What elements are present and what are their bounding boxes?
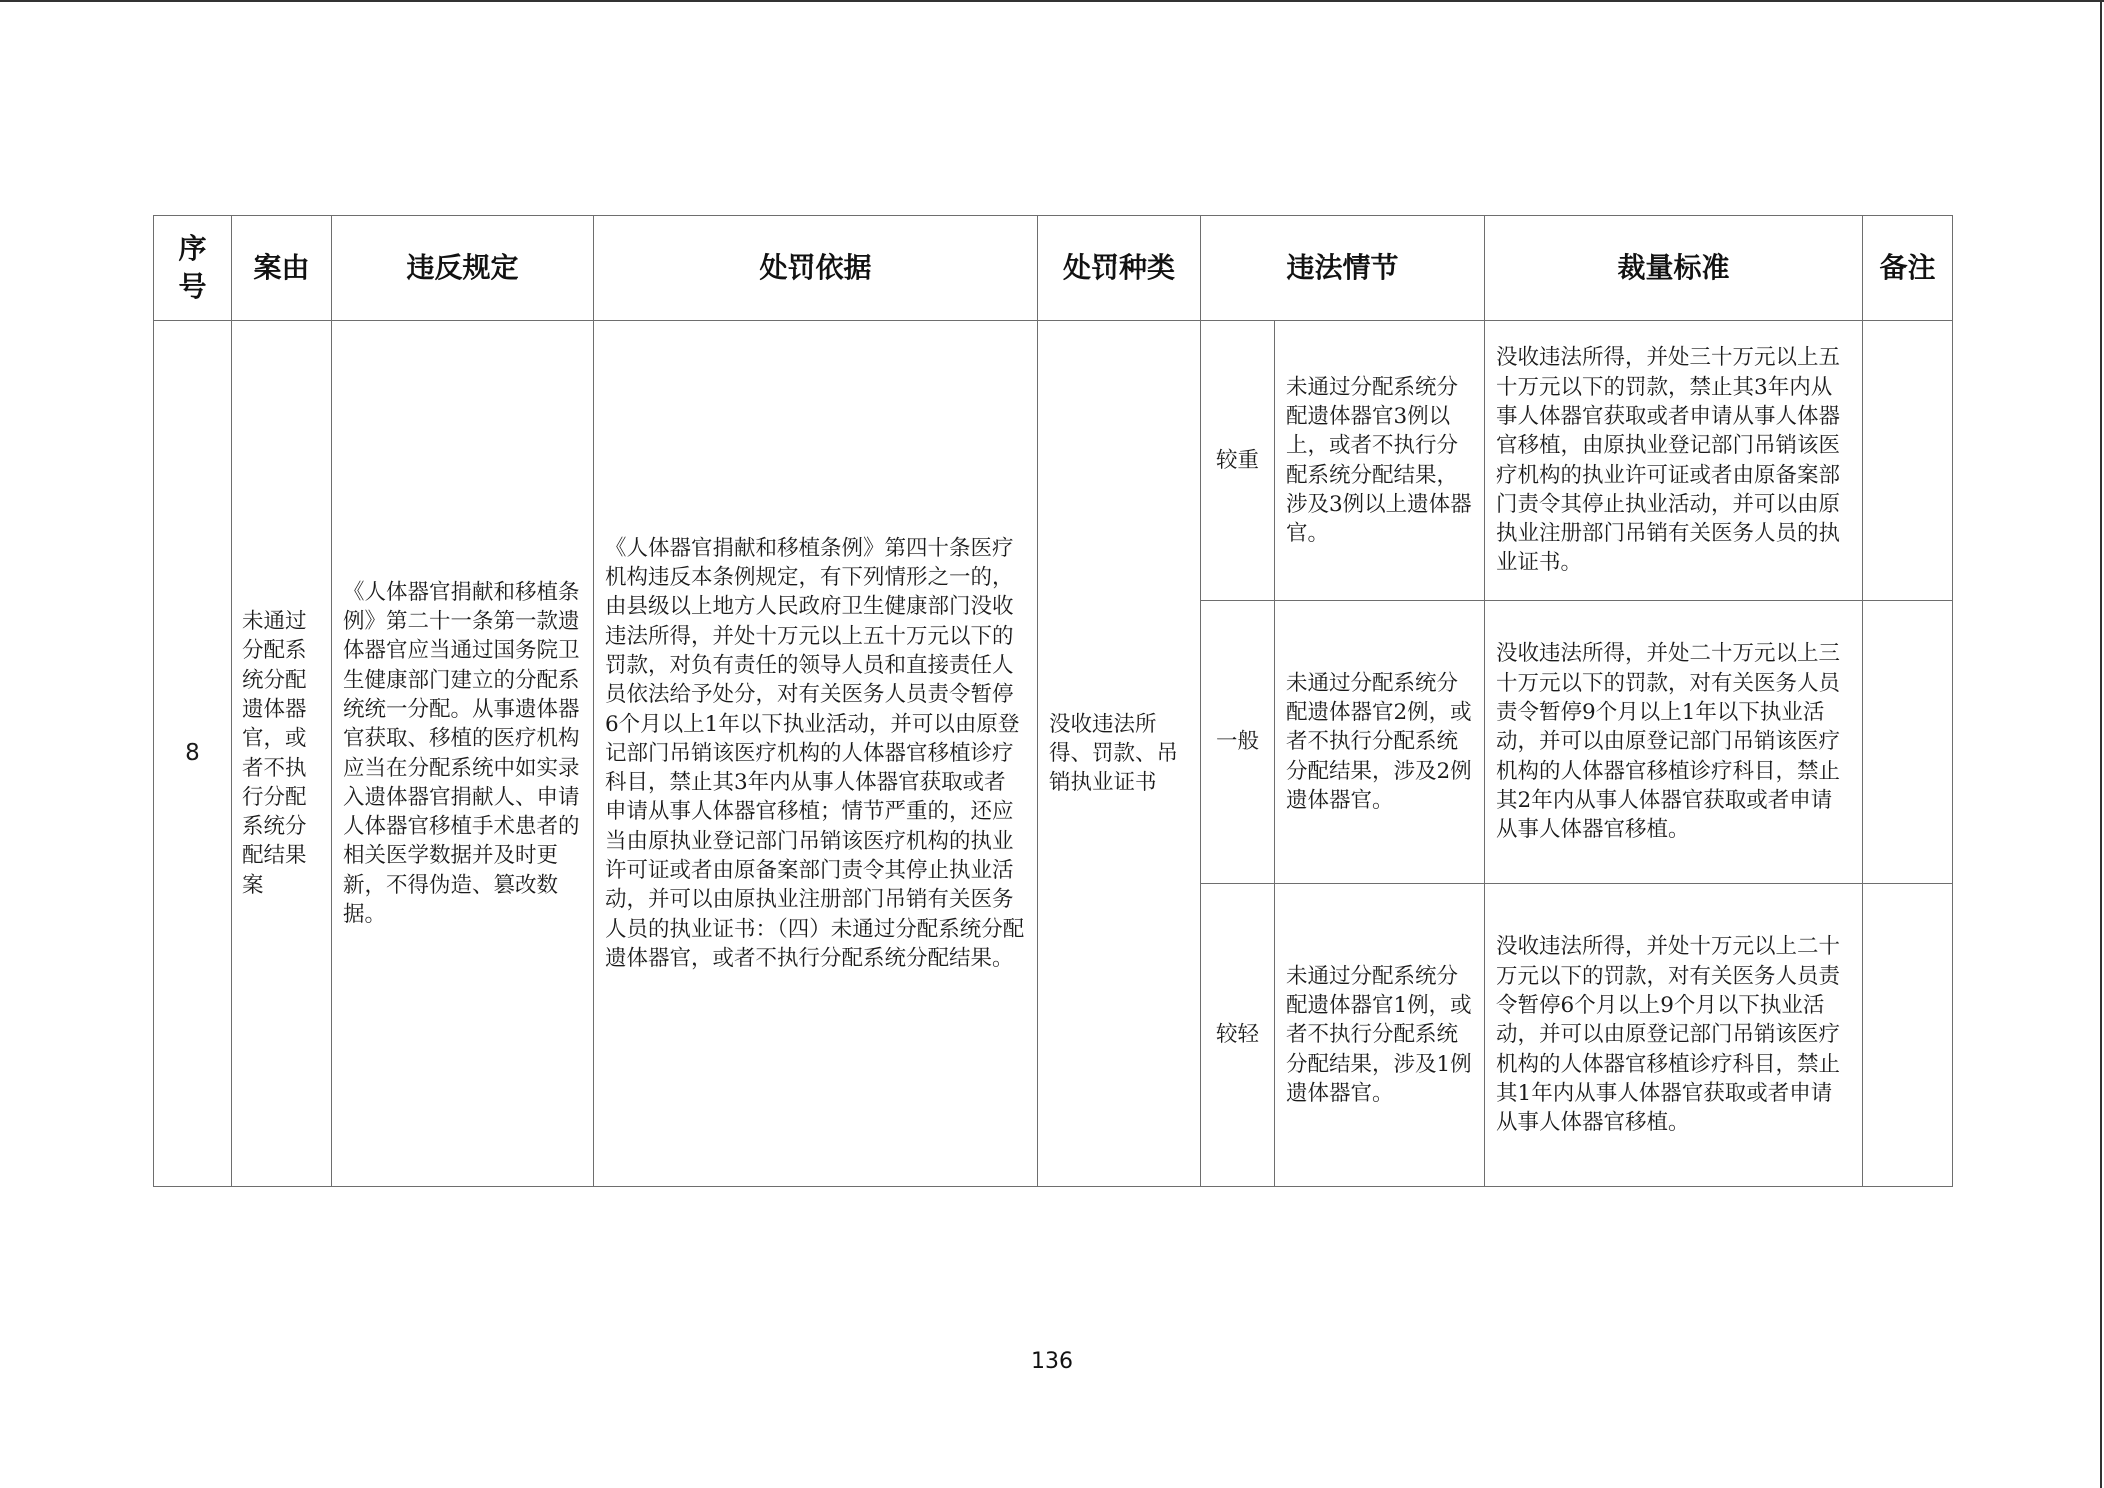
page-border-top: [0, 0, 2104, 2]
cell-circumstance: 未通过分配系统分配遗体器官3例以上，或者不执行分配系统分配结果，涉及3例以上遗体…: [1275, 321, 1485, 601]
cell-circumstance: 未通过分配系统分配遗体器官1例，或者不执行分配系统分配结果，涉及1例遗体器官。: [1275, 884, 1485, 1187]
table-row: 8 未通过分配系统分配遗体器官，或者不执行分配系统分配结果案 《人体器官捐献和移…: [154, 321, 1953, 601]
cell-seq: 8: [154, 321, 232, 1187]
discretion-standard-table: 序 号 案由 违反规定 处罚依据 处罚种类 违法情节 裁量标准 备注 8 未通过…: [153, 215, 1953, 1187]
header-violation: 违反规定: [332, 216, 594, 321]
cell-remark: [1863, 321, 1953, 601]
header-remark: 备注: [1863, 216, 1953, 321]
header-case: 案由: [232, 216, 332, 321]
cell-level: 一般: [1201, 601, 1275, 884]
page-number: 136: [0, 1349, 2104, 1374]
cell-penalty-type: 没收违法所得、罚款、吊销执业证书: [1038, 321, 1201, 1187]
cell-remark: [1863, 884, 1953, 1187]
cell-level: 较轻: [1201, 884, 1275, 1187]
header-basis: 处罚依据: [594, 216, 1038, 321]
header-row: 序 号 案由 违反规定 处罚依据 处罚种类 违法情节 裁量标准 备注: [154, 216, 1953, 321]
header-penalty-type: 处罚种类: [1038, 216, 1201, 321]
cell-violation: 《人体器官捐献和移植条例》第二十一条第一款遗体器官应当通过国务院卫生健康部门建立…: [332, 321, 594, 1187]
cell-remark: [1863, 601, 1953, 884]
cell-basis: 《人体器官捐献和移植条例》第四十条医疗机构违反本条例规定，有下列情形之一的，由县…: [594, 321, 1038, 1187]
header-standard: 裁量标准: [1485, 216, 1863, 321]
cell-standard: 没收违法所得，并处十万元以上二十万元以下的罚款，对有关医务人员责令暂停6个月以上…: [1485, 884, 1863, 1187]
cell-circumstance: 未通过分配系统分配遗体器官2例，或者不执行分配系统分配结果，涉及2例遗体器官。: [1275, 601, 1485, 884]
cell-standard: 没收违法所得，并处三十万元以上五十万元以下的罚款，禁止其3年内从事人体器官获取或…: [1485, 321, 1863, 601]
page-border-right: [2100, 0, 2102, 1488]
header-circumstance: 违法情节: [1201, 216, 1485, 321]
cell-level: 较重: [1201, 321, 1275, 601]
cell-case: 未通过分配系统分配遗体器官，或者不执行分配系统分配结果案: [232, 321, 332, 1187]
cell-standard: 没收违法所得，并处二十万元以上三十万元以下的罚款，对有关医务人员责令暂停9个月以…: [1485, 601, 1863, 884]
header-seq: 序 号: [154, 216, 232, 321]
